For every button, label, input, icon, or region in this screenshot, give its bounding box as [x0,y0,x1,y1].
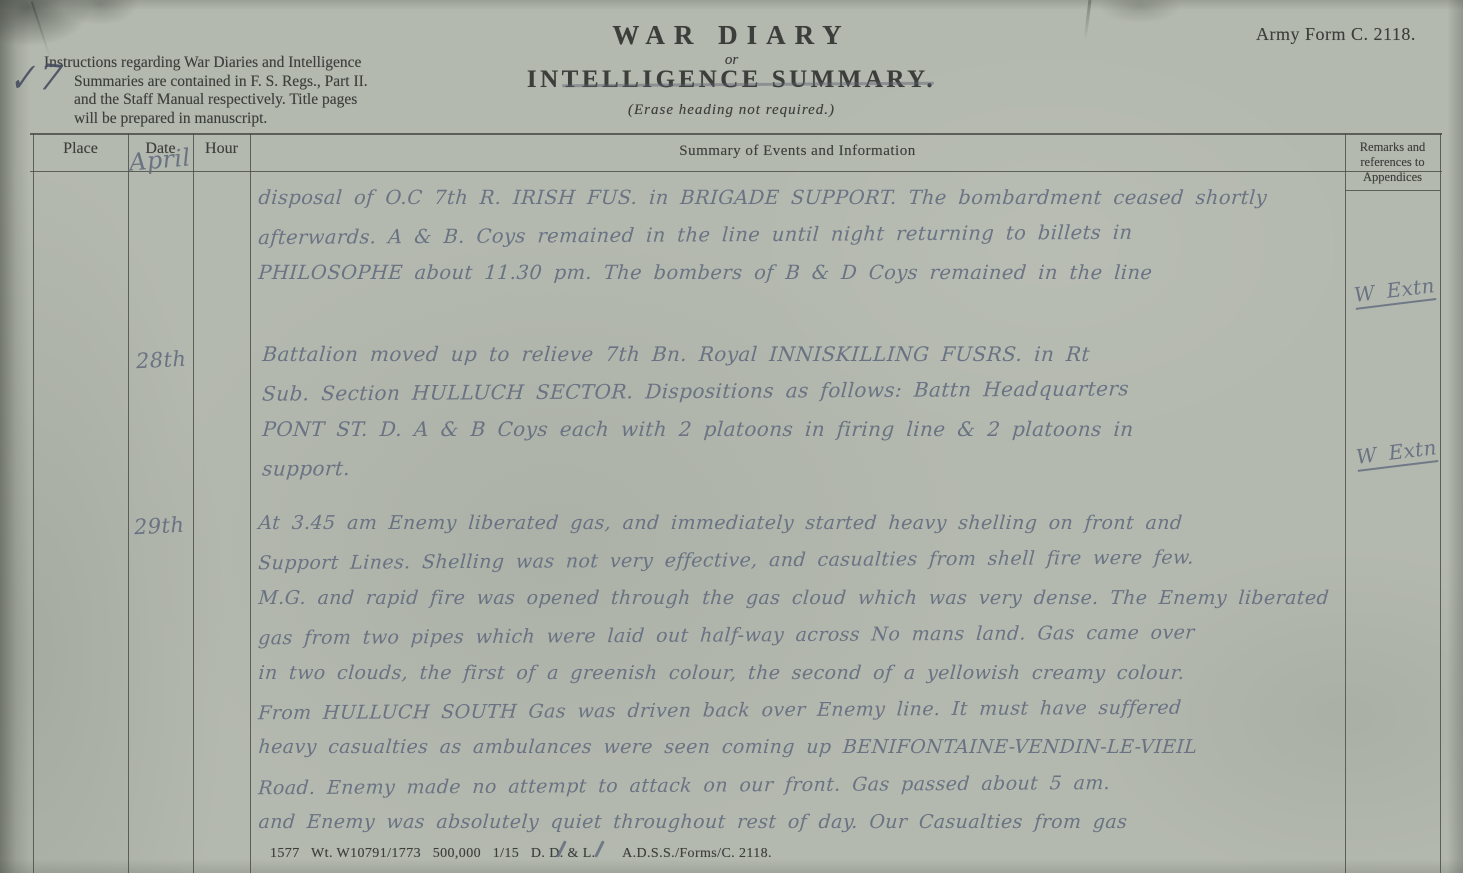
table-left-rule [33,133,34,873]
war-diary-scanned-page: Army Form C. 2118. WAR DIARY or INTELLIG… [0,0,1463,873]
summary-line: gas from two pipes which were laid out h… [257,621,1330,665]
column-header-remarks: Remarks and references to Appendices [1345,140,1440,185]
month-annotation: April [128,143,192,176]
remarks-header-line: references to [1345,155,1440,170]
entry-date: 29th [133,513,184,540]
summary-line: and Enemy was absolutely quiet throughou… [257,811,1330,848]
summary-line: disposal of O.C 7th R. IRISH FUS. in BRI… [257,186,1268,223]
summary-line: Road. Enemy made no attempt to attack on… [257,770,1330,814]
summary-line: in two clouds, the first of a greenish c… [257,662,1330,699]
summary-entry: Battalion moved up to relieve 7th Bn. Ro… [262,342,1133,492]
column-header-hour: Hour [193,140,250,158]
instructions-line: and the Staff Manual respectively. Title… [74,91,406,110]
remarks-header-line: Appendices [1345,170,1440,185]
remarks-annotation: W Extn [1355,435,1439,472]
remarks-annotation: W Extn [1353,273,1437,310]
table-right-rule [1440,133,1441,873]
instructions-line: Instructions regarding War Diaries and I… [44,54,406,73]
summary-line: Sub. Section HULLUCH SECTOR. Disposition… [261,377,1135,420]
table-top-rule [30,133,1442,135]
remarks-header-rule [1345,190,1440,191]
page-number: 7 [36,57,63,100]
summary-line: PHILOSOPHE about 11.30 pm. The bombers o… [257,261,1268,298]
table-header-rule [30,171,1442,172]
summary-line: afterwards. A & B. Coys remained in the … [257,220,1268,264]
instructions-line: Summaries are contained in F. S. Regs., … [74,73,406,92]
instructions-block: Instructions regarding War Diaries and I… [46,54,406,128]
remarks-header-line: Remarks and [1345,140,1440,155]
summary-line: From HULLUCH SOUTH Gas was driven back o… [257,696,1330,740]
hour-summary-rule [250,133,251,873]
summary-line: At 3.45 am Enemy liberated gas, and imme… [257,512,1330,549]
column-header-place: Place [33,140,128,158]
entry-date: 28th [135,347,186,374]
printers-imprint: 1577 Wt. W10791/1773 500,000 1/15 D. D. … [270,846,772,862]
summary-entry: At 3.45 am Enemy liberated gas, and imme… [258,512,1329,849]
summary-line: Battalion moved up to relieve 7th Bn. Ro… [261,342,1135,379]
summary-line: Support Lines. Shelling was not very eff… [257,546,1330,590]
summary-line: M.G. and rapid fire was opened through t… [257,587,1330,624]
summary-line: heavy casualties as ambulances were seen… [257,736,1330,773]
place-date-rule [128,133,129,873]
page-number-mark: ✓7 [8,58,61,99]
date-hour-rule [193,133,194,873]
summary-line: support. [261,452,1135,495]
column-header-summary: Summary of Events and Information [250,143,1345,160]
summary-entry: disposal of O.C 7th R. IRISH FUS. in BRI… [258,186,1267,298]
check-mark-icon: ✓ [7,56,38,102]
form-title: WAR DIARY [0,20,1463,51]
instructions-line: will be prepared in manuscript. [74,110,406,129]
summary-line: PONT ST. D. A & B Coys each with 2 plato… [261,417,1135,454]
summary-remarks-rule [1345,133,1346,873]
